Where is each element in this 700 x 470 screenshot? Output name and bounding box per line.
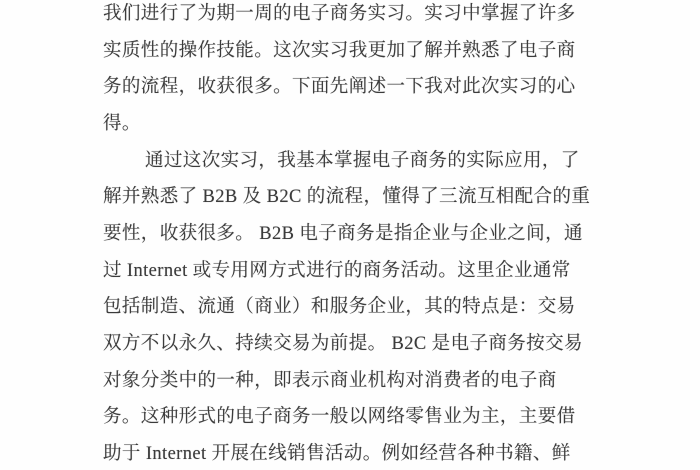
document-page: 我们进行了为期一周的电子商务实习。实习中掌握了许多实质性的操作技能。这次实习我更… (0, 0, 700, 470)
text-line: 包括制造、流通（商业）和服务企业，其的特点是：交易 (103, 289, 613, 326)
text-line: 我们进行了为期一周的电子商务实习。实习中掌握了许多 (103, 0, 613, 33)
text-line: 助于 Internet 开展在线销售活动。例如经营各种书籍、鲜 (103, 436, 613, 470)
text-line: 解并熟悉了 B2B 及 B2C 的流程，懂得了三流互相配合的重 (103, 179, 613, 216)
text-line: 务。这种形式的电子商务一般以网络零售业为主，主要借 (103, 399, 613, 436)
text-block: 我们进行了为期一周的电子商务实习。实习中掌握了许多实质性的操作技能。这次实习我更… (103, 0, 613, 470)
text-line: 双方不以永久、持续交易为前提。 B2C 是电子商务按交易 (103, 326, 613, 363)
text-line: 通过这次实习，我基本掌握电子商务的实际应用，了 (103, 143, 613, 180)
text-line: 过 Internet 或专用网方式进行的商务活动。这里企业通常 (103, 253, 613, 290)
text-line: 务的流程，收获很多。下面先阐述一下我对此次实习的心 (103, 69, 613, 106)
text-line: 得。 (103, 106, 613, 143)
text-line: 要性，收获很多。 B2B 电子商务是指企业与企业之间，通 (103, 216, 613, 253)
text-line: 对象分类中的一种，即表示商业机构对消费者的电子商 (103, 363, 613, 400)
text-line: 实质性的操作技能。这次实习我更加了解并熟悉了电子商 (103, 33, 613, 70)
